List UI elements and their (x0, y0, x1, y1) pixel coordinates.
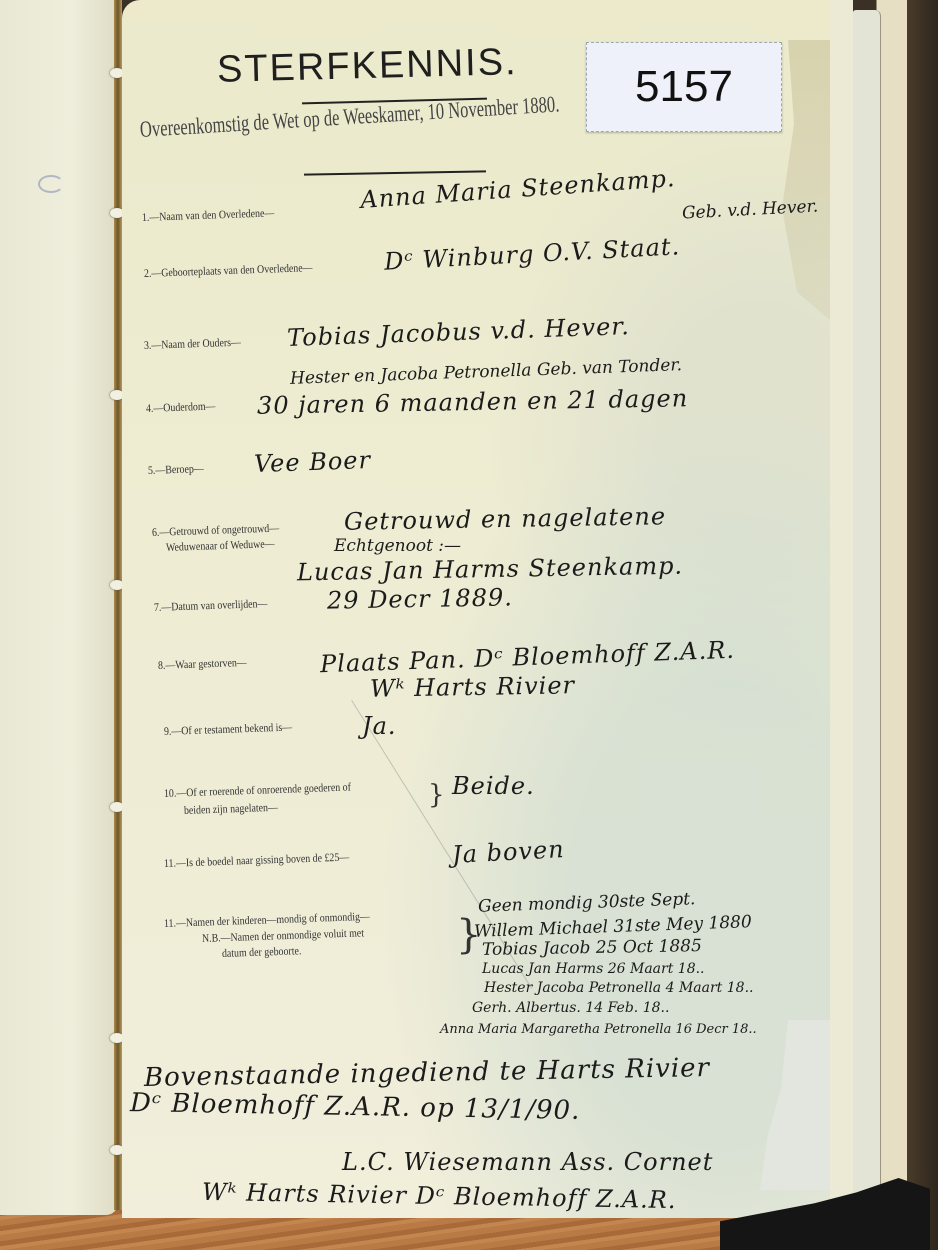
field-value-property: Beide. (452, 772, 535, 800)
pencil-mark (38, 175, 64, 193)
field-label-parents: 3.—Naam der Ouders— (144, 337, 241, 352)
field-label-place-of-death: 8.—Waar gestorven— (158, 657, 247, 672)
catalog-number-sticker: 5157 (586, 42, 782, 132)
form-title: STERFKENNIS. (216, 41, 518, 92)
field-value-occupation: Vee Boer (254, 446, 372, 478)
field-label-name: 1.—Naam van den Overledene— (142, 207, 275, 224)
field-label-children-note-2: datum der geboorte. (222, 945, 302, 960)
field-value-birthplace: Dᶜ Winburg O.V. Staat. (383, 232, 680, 275)
field-label-children-note: N.B.—Namen der onmondige voluit met (202, 927, 364, 945)
field-label-property: 10.—Of er roerende of onroerende goedere… (164, 781, 351, 800)
footer-submitted: Bovenstaande ingediend te Harts Rivier (144, 1053, 710, 1093)
field-label-widow: Weduwenaar of Weduwe— (166, 538, 275, 554)
form-subtitle: Overeenkomstig de Wet op de Weeskamer, 1… (139, 91, 560, 143)
field-label-children: 11.—Namen der kinderen—mondig of onmondi… (164, 911, 370, 930)
field-label-estate-value: 11.—Is de boedel naar gissing boven de £… (164, 852, 350, 870)
child-entry: Anna Maria Margaretha Petronella 16 Decr… (440, 1022, 757, 1037)
field-label-date-of-death: 7.—Datum van overlijden— (154, 598, 268, 614)
field-value-testament: Ja. (362, 712, 397, 740)
left-facing-page (0, 0, 118, 1215)
child-entry: Tobias Jacob 25 Oct 1885 (482, 936, 702, 960)
field-value-father: Tobias Jacobus v.d. Hever. (287, 312, 631, 352)
field-label-occupation: 5.—Beroep— (148, 463, 204, 477)
signature-location: Wᵏ Harts Rivier Dᶜ Bloemhoff Z.A.R. (202, 1178, 677, 1214)
field-value-marital-status: Getrouwd en nagelatene (344, 502, 666, 536)
field-value-estate-value: Ja boven (451, 835, 565, 869)
field-value-spouse-label: Echtgenoot :— (334, 536, 461, 556)
footer-submitted-date: Dᶜ Bloemhoff Z.A.R. op 13/1/90. (130, 1088, 581, 1126)
subtitle-rule (304, 170, 486, 175)
field-label-testament: 9.—Of er testament bekend is— (164, 722, 293, 738)
binder-edge (905, 0, 938, 1250)
torn-edge (760, 1020, 830, 1190)
child-entry: Hester Jacoba Petronella 4 Maart 18.. (484, 980, 753, 996)
field-value-place-of-death-district: Wᵏ Harts Rivier (370, 671, 575, 703)
child-entry: Lucas Jan Harms 26 Maart 18.. (482, 961, 705, 977)
field-label-birthplace: 2.—Geboorteplaats van den Overledene— (144, 262, 313, 280)
field-value-mother: Hester en Jacoba Petronella Geb. van Ton… (290, 355, 683, 389)
child-entry: Geen mondig 30ste Sept. (478, 889, 696, 917)
field-label-property-2: beiden zijn nagelaten— (184, 802, 278, 817)
field-value-spouse: Lucas Jan Harms Steenkamp. (297, 552, 684, 587)
back-sheet (828, 0, 853, 1210)
child-entry: Gerh. Albertus. 14 Feb. 18.. (472, 1000, 669, 1016)
back-sheet (850, 10, 881, 1220)
field-label-marital-status: 6.—Getrouwd of ongetrouwd— (152, 523, 280, 539)
signature: L.C. Wiesemann Ass. Cornet (342, 1148, 713, 1176)
brace: } (428, 780, 445, 810)
death-notice-form: STERFKENNIS. Overeenkomstig de Wet op de… (122, 0, 830, 1218)
field-label-age: 4.—Ouderdom— (146, 401, 216, 415)
book-spine (114, 0, 122, 1210)
field-value-age: 30 jaren 6 maanden en 21 dagen (257, 384, 689, 420)
field-value-date-of-death: 29 Decr 1889. (327, 583, 513, 614)
